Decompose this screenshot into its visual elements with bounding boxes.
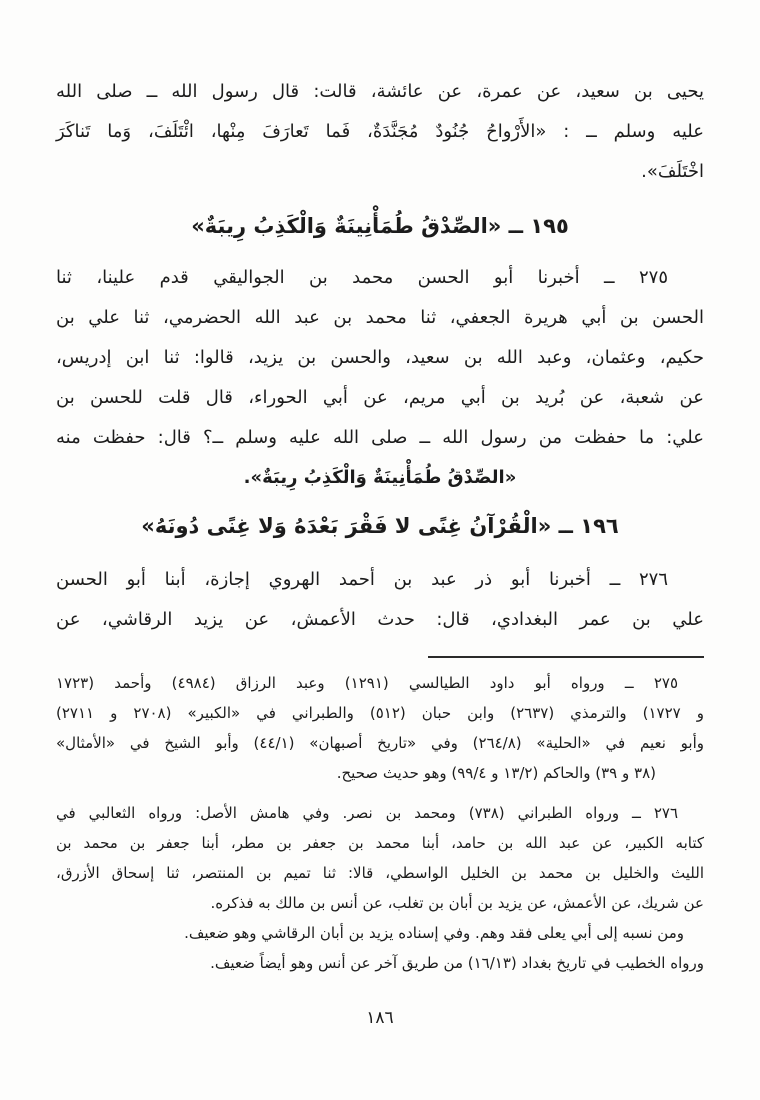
- section-heading-195: ١٩٥ ــ «الصِّدْقُ طُمَأْنِينَةٌ وَالْكَذ…: [56, 206, 704, 246]
- hadith-276-paragraph: ٢٧٦ ــ أخبرنا أبو ذر عبد بن أحمد الهروي …: [56, 560, 704, 640]
- text-line: ٢٧٥ ــ أخبرنا أبو الحسن محمد بن الجواليق…: [56, 258, 704, 298]
- page-number: ١٨٦: [56, 1008, 704, 1028]
- text-line: حكيم، وعثمان، وعبد الله بن سعيد، والحسن …: [56, 338, 704, 378]
- text-line: ٢٧٦ ــ أخبرنا أبو ذر عبد بن أحمد الهروي …: [56, 560, 704, 600]
- text-line: علي بن عمر البغدادي، قال: حدث الأعمش، عن…: [56, 600, 704, 640]
- text-line: عليه وسلم ــ : «الأَرْواحُ جُنُودٌ مُجَن…: [56, 112, 704, 152]
- text-line: اخْتَلَفَ».: [56, 152, 704, 192]
- footnote-line: كتابه الكبير، عن عبد الله بن حامد، أبنا …: [56, 828, 704, 858]
- text-line: عن شعبة، عن بُريد بن أبي مريم، عن أبي ال…: [56, 378, 704, 418]
- footnote-line: وأبو نعيم في «الحلية» (٢٦٤/٨) وفي «تاريخ…: [56, 728, 704, 758]
- text-line: يحيى بن سعيد، عن عمرة، عن عائشة، قالت: ق…: [56, 72, 704, 112]
- section-heading-196: ١٩٦ ــ «الْقُرْآنُ غِنًى لا فَقْرَ بَعْد…: [56, 506, 704, 546]
- footnote-line: ومن نسبه إلى أبي يعلى فقد وهم. وفي إسناد…: [56, 918, 704, 948]
- footnote-separator: [428, 656, 704, 658]
- footnote-line: ٢٧٦ ــ ورواه الطبراني (٧٣٨) ومحمد بن نصر…: [56, 798, 704, 828]
- hadith-matn-line: «الصِّدْقُ طُمَأْنِينَةٌ وَالْكَذِبُ رِي…: [56, 458, 704, 498]
- footnote-275: ٢٧٥ ــ ورواه أبو داود الطيالسي (١٢٩١) وع…: [56, 668, 704, 788]
- intro-paragraph: يحيى بن سعيد، عن عمرة، عن عائشة، قالت: ق…: [56, 72, 704, 192]
- footnote-line: و ١٧٢٧) والترمذي (٢٦٣٧) وابن حبان (٥١٢) …: [56, 698, 704, 728]
- book-page: يحيى بن سعيد، عن عمرة، عن عائشة، قالت: ق…: [0, 0, 760, 1100]
- footnote-line: ورواه الخطيب في تاريخ بغداد (١٦/١٣) من ط…: [56, 948, 704, 978]
- hadith-275-paragraph: ٢٧٥ ــ أخبرنا أبو الحسن محمد بن الجواليق…: [56, 258, 704, 498]
- footnote-line: ٢٧٥ ــ ورواه أبو داود الطيالسي (١٢٩١) وع…: [56, 668, 704, 698]
- footnote-line: عن شريك، عن الأعمش، عن يزيد بن أبان بن ت…: [56, 888, 704, 918]
- footnote-line: (٣٨ و ٣٩) والحاكم (١٣/٢ و ٩٩/٤) وهو حديث…: [56, 758, 704, 788]
- footnote-276: ٢٧٦ ــ ورواه الطبراني (٧٣٨) ومحمد بن نصر…: [56, 798, 704, 978]
- footnote-line: الليث والخليل بن محمد بن الخليل الواسطي،…: [56, 858, 704, 888]
- text-line: علي: ما حفظت من رسول الله ــ صلى الله عل…: [56, 418, 704, 458]
- text-line: الحسن بن أبي هريرة الجعفي، ثنا محمد بن ع…: [56, 298, 704, 338]
